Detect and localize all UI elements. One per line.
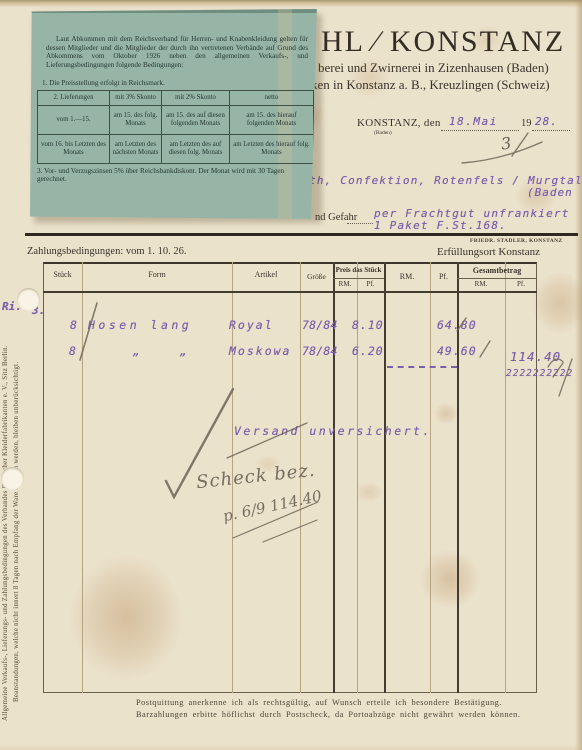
col-header-stueck: Stück — [43, 270, 82, 279]
card-item-1: 1. Die Preisstellung erfolgt in Reichsma… — [42, 79, 165, 87]
card-th: netto — [230, 91, 314, 106]
row2-amount: 49.60 — [437, 344, 477, 358]
col-header-preis-rm: RM. — [333, 280, 357, 288]
card-cell: am 15. des auf diesen folgenden Monats — [162, 106, 230, 135]
shipping-note: Versand unversichert. — [234, 424, 432, 438]
col-header-preis-pf: Pf. — [357, 280, 384, 288]
card-cell: am 15. des hierauf folgenden Monats — [230, 106, 314, 135]
card-item-3: 3. Vor- und Verzugszinsen 5% über Reichs… — [37, 167, 313, 183]
conditions-card: Laut Abkommen mit dem Reichsverband für … — [30, 9, 318, 219]
side-conditions-line1: Allgemeine Verkaufs-, Lieferungs- und Za… — [2, 345, 9, 721]
card-th: 2. Lieferungen — [38, 91, 110, 106]
card-cell: am Letzten des nächsten Monats — [110, 135, 162, 164]
pencil-page-mark: 3 — [500, 133, 513, 153]
company-subtitle-1: berei und Zwirnerei in Zizenhausen (Bade… — [318, 60, 549, 76]
typed-year: 28. — [535, 115, 558, 128]
total-subheader-divider — [457, 278, 537, 279]
table-vline — [505, 262, 506, 693]
footer-line-2: Barzahlungen erbitte höflichst durch Pos… — [136, 710, 520, 719]
table-vline — [430, 262, 431, 693]
total-strike-marks: 2222222222 — [506, 368, 573, 379]
header-divider-rule — [25, 233, 578, 236]
card-cell: am Letzten des hierauf folg. Monats — [230, 135, 314, 164]
card-cell: vom 1.—15. — [38, 106, 110, 135]
col-header-form: Form — [82, 270, 232, 279]
row2-qty: 8 — [69, 344, 76, 358]
punch-hole-top — [17, 288, 40, 311]
company-title: HL ∕ KONSTANZ — [321, 25, 565, 59]
page-mark-slash — [512, 133, 528, 156]
card-paragraph: Laut Abkommen mit dem Reichsverband für … — [46, 35, 308, 69]
paper-right-edge — [575, 0, 582, 750]
col-header-total-pf: Pf. — [505, 280, 537, 288]
card-cell: am 15. des folg. Monats — [110, 106, 162, 135]
row2-article: Moskowa — [229, 344, 291, 358]
row1-qty: 8 — [70, 318, 77, 332]
card-cell: vom 16. bis Letzten des Monats — [38, 135, 110, 164]
row2-ditto-2: „ — [180, 344, 187, 358]
card-th: mit 2% Skonto — [162, 91, 230, 106]
punch-hole-bottom — [1, 467, 24, 490]
table-vline — [82, 262, 83, 693]
recipient-line2: (Baden — [527, 186, 573, 199]
row1-form: Hosen lang — [88, 318, 192, 332]
col-header-preis-group: Preis das Stück — [333, 266, 384, 274]
row2-ditto-1: „ — [133, 344, 140, 358]
printed-year: 19 — [521, 118, 532, 129]
paper-top-edge — [0, 0, 582, 8]
card-top-edge — [30, 9, 318, 13]
row1-unit-price: 8.10 — [352, 318, 384, 332]
col-header-artikel: Artikel — [232, 270, 300, 279]
row1-size: 78/84 — [302, 318, 338, 332]
year-dotted-line — [532, 129, 570, 131]
shipping-line2: 1 Paket F.St.168. — [374, 219, 507, 232]
row1-article: Royal — [229, 318, 274, 332]
preis-subheader-divider — [333, 278, 384, 279]
footer-line-1: Postquittung anerkenne ich als rechtsgül… — [136, 698, 502, 707]
side-conditions-line2: Beanstandungen, welche nicht innert 8 Ta… — [13, 362, 20, 702]
company-subtitle-2: ken in Konstanz a. B., Kreuzlingen (Schw… — [311, 77, 550, 93]
sum-dashed-line — [387, 366, 457, 368]
risk-dotted-line — [347, 222, 373, 224]
col-header-groesse: Größe — [300, 272, 333, 281]
card-th: mit 3% Skonto — [110, 91, 162, 106]
row2-unit-price: 6.20 — [352, 344, 384, 358]
payment-terms-label: Zahlungsbedingungen: vom 1. 10. 26. — [27, 246, 187, 257]
date-dotted-line — [441, 129, 519, 131]
paper-bottom-edge — [0, 745, 582, 750]
dateline-place-label: KONSTANZ, den — [357, 117, 441, 129]
total-amount: 114.40 — [510, 349, 561, 364]
printer-mark: FRIEDR. STADLER, KONSTANZ — [470, 238, 563, 244]
col-header-total-group: Gesamtbetrag — [457, 266, 537, 275]
card-conditions-table: 2. Lieferungen mit 3% Skonto mit 2% Skon… — [37, 90, 314, 164]
card-cell: am Letzten des auf diesen folg. Monats — [162, 135, 230, 164]
fulfillment-place-label: Erfüllungsort Konstanz — [437, 246, 540, 258]
typed-date: 18.Mai — [449, 115, 498, 128]
dateline-place-sub: (Baden) — [374, 130, 392, 136]
table-vline-heavy — [384, 262, 386, 693]
col-header-pf: Pf. — [430, 272, 457, 281]
table-header-divider — [43, 291, 537, 293]
col-header-total-rm: RM. — [457, 280, 505, 288]
row1-amount: 64.80 — [437, 318, 477, 332]
col-header-rm: RM. — [384, 272, 430, 281]
invoice-document: Allgemeine Verkaufs-, Lieferungs- und Za… — [0, 0, 582, 750]
row2-size: 78/84 — [302, 344, 338, 358]
